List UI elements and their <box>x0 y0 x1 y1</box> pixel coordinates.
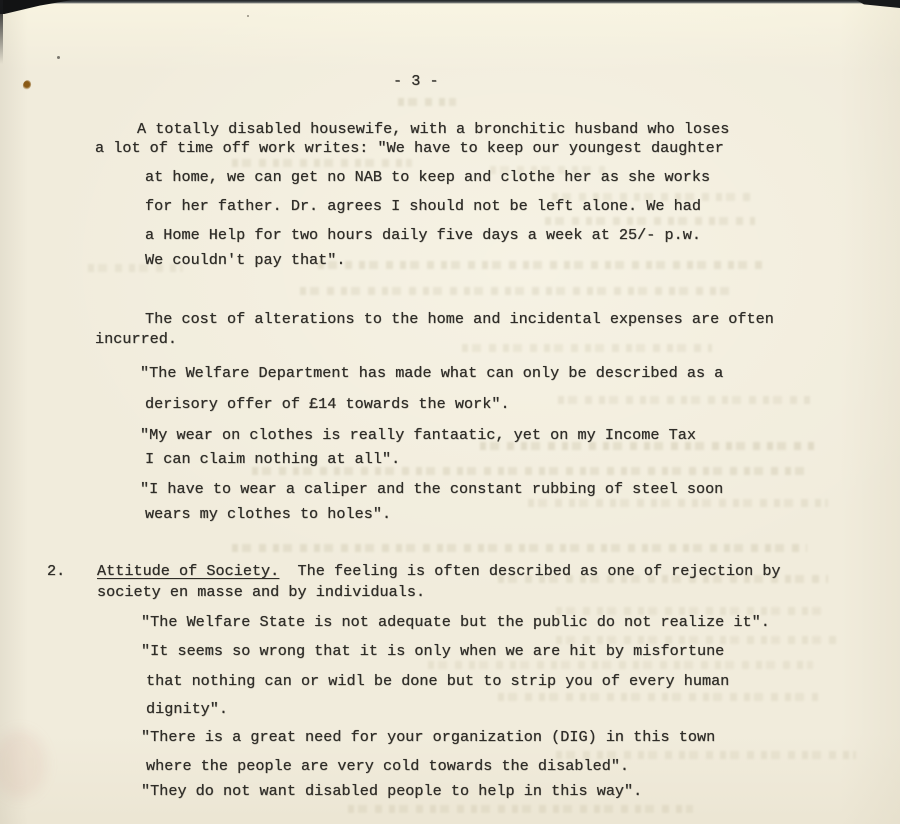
bleed-through-mark <box>232 159 412 167</box>
paper-smudge <box>0 730 46 798</box>
bleed-through-mark <box>348 805 693 813</box>
society-quote-line: dignity". <box>146 701 228 718</box>
page-number: - 3 - <box>393 73 439 90</box>
bleed-through-mark <box>528 499 828 507</box>
cost-paragraph-line: incurred. <box>95 331 177 348</box>
society-quote-line: that nothing can or widl be done but to … <box>146 673 729 690</box>
housewife-quote-line: at home, we can get no NAB to keep and c… <box>145 169 710 186</box>
society-quote-line: "It seems so wrong that it is only when … <box>141 643 724 660</box>
paper-speck <box>247 15 249 17</box>
society-quote-line: where the people are very cold towards t… <box>146 758 629 775</box>
section-heading-underlined: Attitude of Society. <box>97 562 279 580</box>
housewife-quote-line: a Home Help for two hours daily five day… <box>145 227 701 244</box>
bleed-through-mark <box>558 396 813 404</box>
housewife-quote-line: We couldn't pay that". <box>145 252 346 269</box>
bleed-through-mark <box>398 98 456 106</box>
photo-edge-shadow-left <box>0 0 3 64</box>
bleed-through-mark <box>498 693 818 701</box>
cost-paragraph-line: The cost of alterations to the home and … <box>145 311 774 328</box>
photo-top-edge <box>0 0 900 4</box>
bleed-through-mark <box>428 661 813 669</box>
bleed-through-mark <box>462 344 712 352</box>
bleed-through-mark <box>545 217 755 225</box>
intro-paragraph-line: a lot of time off work writes: "We have … <box>95 140 724 157</box>
paper-speck <box>57 56 60 59</box>
section-heading-line: Attitude of Society. The feeling is ofte… <box>97 563 781 580</box>
cost-quote-line: "My wear on clothes is really fantaatic,… <box>140 427 696 444</box>
section-heading-line2: society en masse and by individuals. <box>97 584 425 601</box>
scanned-document-page: - 3 - A totally disabled housewife, with… <box>0 0 900 824</box>
section-heading-rest: The feeling is often described as one of… <box>279 562 780 580</box>
cost-quote-line: I can claim nothing at all". <box>145 451 400 468</box>
intro-paragraph-line: A totally disabled housewife, with a bro… <box>137 121 729 138</box>
bleed-through-mark <box>300 287 730 295</box>
cost-quote-line: "I have to wear a caliper and the consta… <box>140 481 723 498</box>
ink-spot <box>22 79 33 91</box>
cost-quote-line: derisory offer of £14 towards the work". <box>145 396 510 413</box>
photo-corner-shadow-right <box>856 0 900 8</box>
society-quote-line: "The Welfare State is not adequate but t… <box>141 614 770 631</box>
bleed-through-mark <box>232 544 807 552</box>
cost-quote-line: wears my clothes to holes". <box>145 506 391 523</box>
cost-quote-line: "The Welfare Department has made what ca… <box>140 365 723 382</box>
housewife-quote-line: for her father. Dr. agrees I should not … <box>145 198 701 215</box>
society-quote-line: "There is a great need for your organiza… <box>141 729 715 746</box>
bleed-through-mark <box>318 261 763 269</box>
society-quote-line: "They do not want disabled people to hel… <box>141 783 642 800</box>
section-number: 2. <box>47 563 65 580</box>
